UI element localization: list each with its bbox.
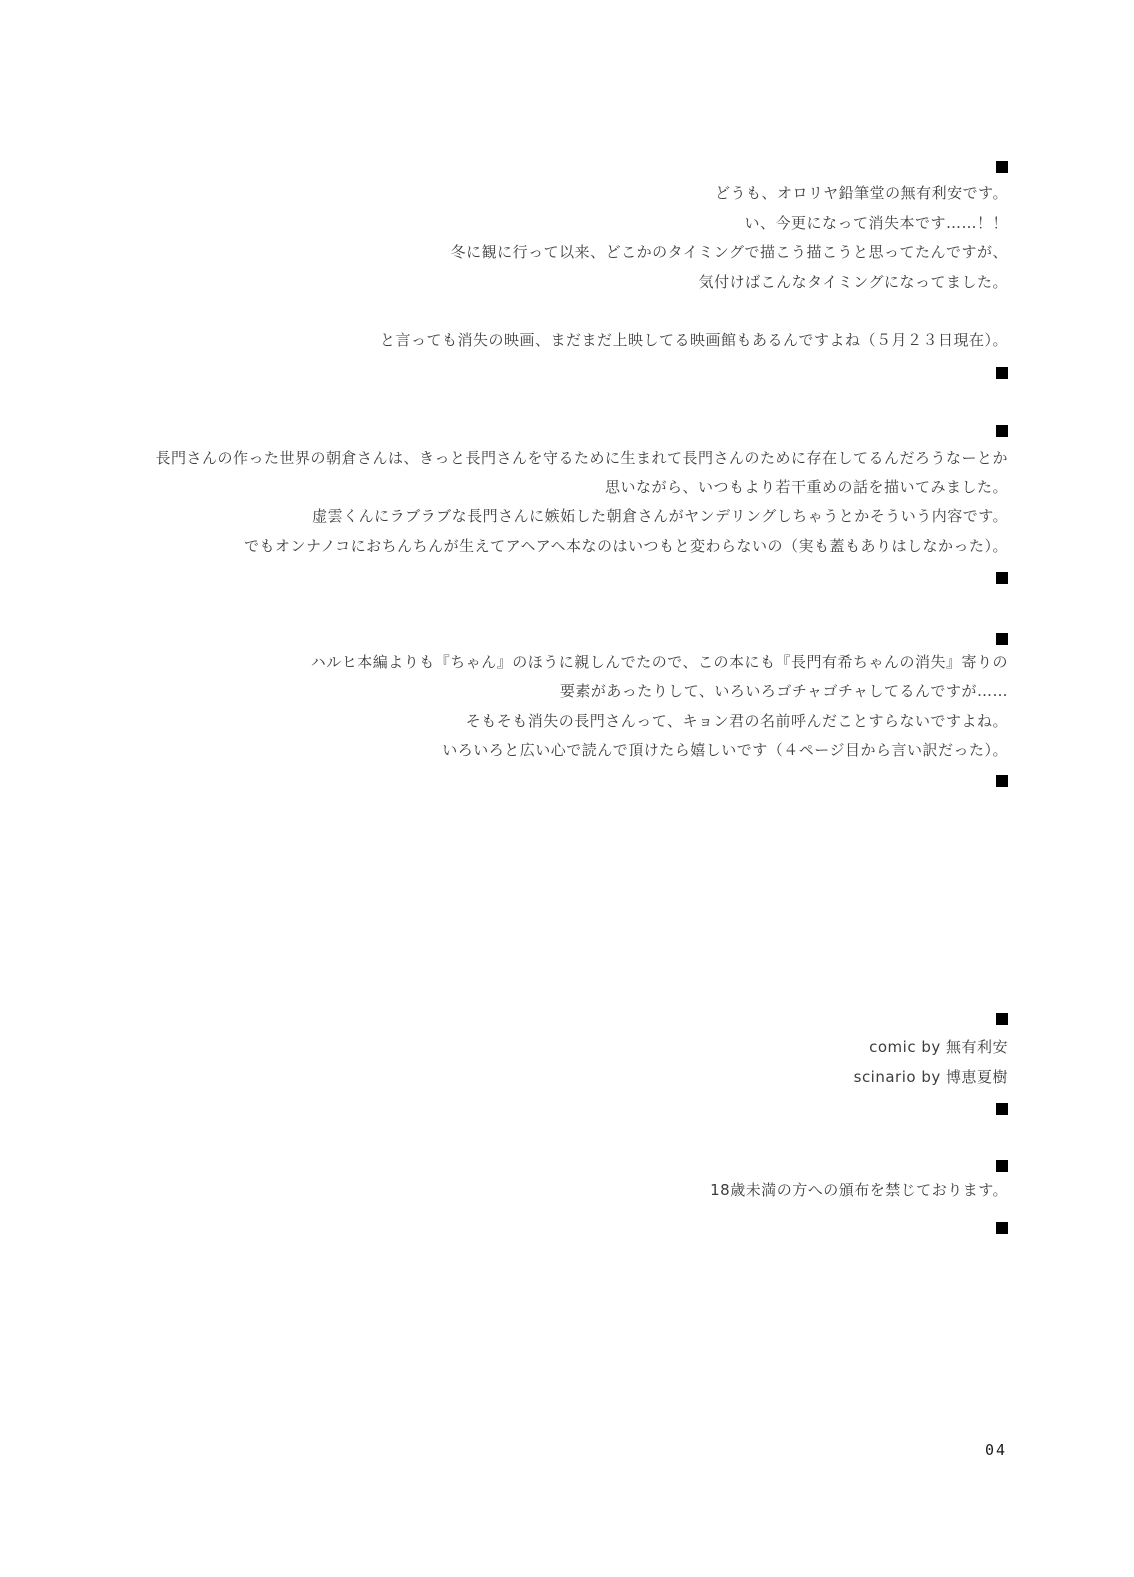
afterword-line: いろいろと広い心で読んで頂けたら嬉しいです（４ページ目から言い訳だった）。 [442, 735, 1008, 765]
square-marker-icon [996, 161, 1008, 173]
afterword-line: そもそも消失の長門さんって、キョン君の名前呼んだことすらないですよね。 [466, 706, 1008, 736]
afterword-line: ハルヒ本編よりも『ちゃん』のほうに親しんでたので、この本にも『長門有希ちゃんの消… [311, 647, 1008, 677]
square-marker-icon [996, 1013, 1008, 1025]
page-number: 04 [985, 1441, 1007, 1459]
square-marker-icon [996, 633, 1008, 645]
afterword-line: 気付けばこんなタイミングになってました。 [699, 267, 1008, 297]
afterword-line: どうも、オロリヤ鉛筆堂の無有利安です。 [715, 178, 1008, 208]
credit-comic-line: comic by 無有利安 [869, 1032, 1008, 1062]
square-marker-icon [996, 1160, 1008, 1172]
afterword-line: 虚雲くんにラブラブな長門さんに嫉妬した朝倉さんがヤンデリングしちゃうとかそういう… [312, 501, 1008, 531]
afterword-line: 冬に観に行って以来、どこかのタイミングで描こう描こうと思ってたんですが、 [451, 237, 1008, 267]
square-marker-icon [996, 1222, 1008, 1234]
afterword-line: 長門さんの作った世界の朝倉さんは、きっと長門さんを守るために生まれて長門さんのた… [155, 443, 1008, 473]
afterword-line: い、今更になって消失本です……！！ [744, 208, 1008, 238]
afterword-line: でもオンナノコにおちんちんが生えてアヘアヘ本なのはいつもと変わらないの（実も蓋も… [244, 531, 1008, 561]
afterword-line: と言っても消失の映画、まだまだ上映してる映画館もあるんですよね（５月２３日現在）… [380, 325, 1008, 355]
afterword-line: 思いながら、いつもより若干重めの話を描いてみました。 [605, 472, 1008, 502]
square-marker-icon [996, 572, 1008, 584]
afterword-line: 要素があったりして、いろいろゴチャゴチャしてるんですが…… [560, 676, 1008, 706]
afterword-page: どうも、オロリヤ鉛筆堂の無有利安です。 い、今更になって消失本です……！！ 冬に… [0, 0, 1134, 1577]
credit-scenario-line: scinario by 博恵夏樹 [854, 1062, 1008, 1092]
square-marker-icon [996, 1103, 1008, 1115]
age-restriction-notice: 18歳未満の方への頒布を禁じております。 [710, 1175, 1008, 1205]
square-marker-icon [996, 425, 1008, 437]
square-marker-icon [996, 775, 1008, 787]
square-marker-icon [996, 367, 1008, 379]
